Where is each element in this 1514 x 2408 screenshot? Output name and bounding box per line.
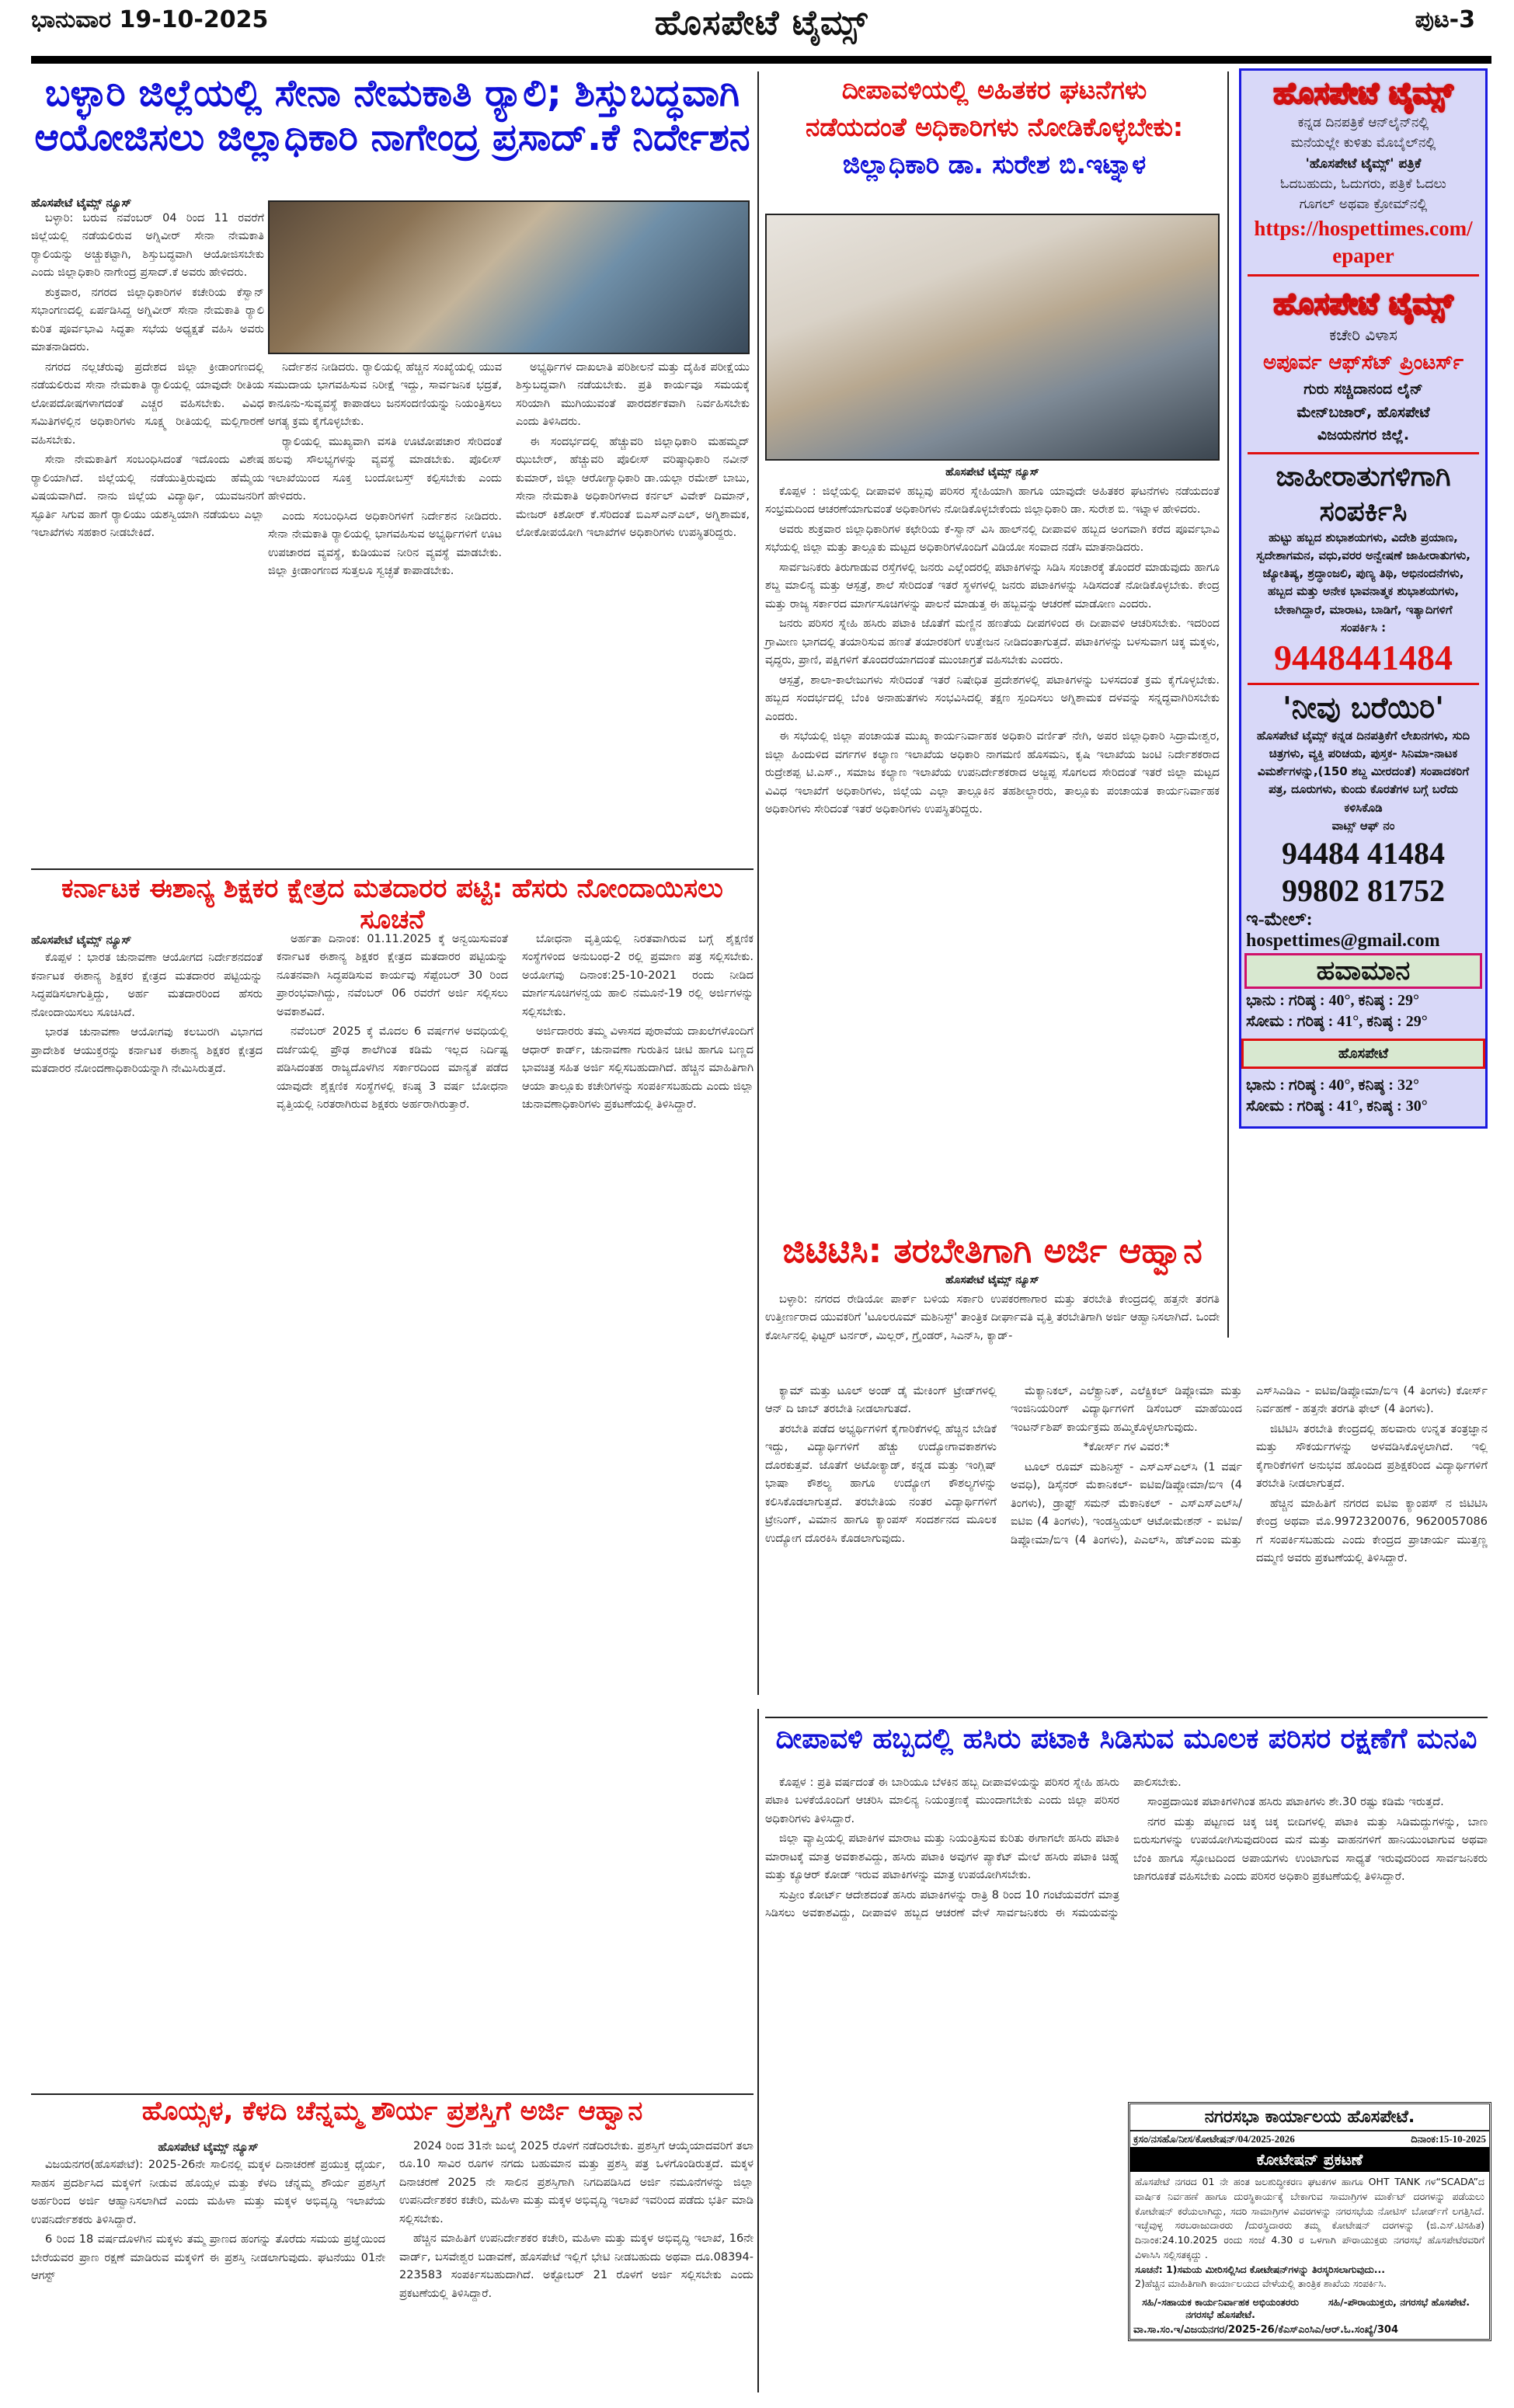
whatsapp-label: ವಾಟ್ಸ್ ಆಫ್ ನಂ — [1241, 817, 1485, 835]
sidebar-divider — [1248, 452, 1479, 454]
office-label: ಕಚೇರಿ ವಿಳಾಸ — [1241, 323, 1485, 347]
sidebar-divider — [1248, 274, 1479, 277]
printer-name: ಅಪೂರ್ವ ಆಫ್‌ಸೆಟ್ ಪ್ರಿಂಟರ್ಸ್ — [1241, 347, 1485, 378]
byline: ಹೊಸಪೇಟೆ ಟೈಮ್ಸ್ ನ್ಯೂಸ್ — [765, 1274, 1220, 1286]
photo-caption: ಹೊಸಪೇಟೆ ಟೈಮ್ಸ್ ನ್ಯೂಸ್ — [765, 466, 1220, 478]
column-divider — [757, 71, 759, 1695]
page-number: ಪುಟ-3 — [1415, 6, 1475, 33]
army-rally-columns: ನಿರ್ದೇಶನ ನೀಡಿದರು. ರ್‍ಯಾಲಿಯಲ್ಲಿ ಹೆಚ್ಚಿನ ಸ… — [268, 359, 750, 864]
chennamma-award-body: ಹೊಸಪೇಟೆ ಟೈಮ್ಸ್ ನ್ಯೂಸ್ ವಿಜಯನಗರ(ಹೊಸಪೇಟೆ): … — [31, 2138, 754, 2394]
jttc-body: ಕ್ಯಾಮ್ ಮತ್ತು ಟೂಲ್ ಅಂಡ್ ಡೈ ಮೇಕಿಂಗ್ ಟ್ರೇಡ್… — [765, 1383, 1488, 1709]
online-promo: ಕನ್ನಡ ದಿನಪತ್ರಿಕೆ ಆನ್‌ಲೈನ್‌ನಲ್ಲಿ ಮನೆಯಲ್ಲೇ… — [1241, 113, 1485, 215]
notice-signatures: ಸಹಿ/-ಸಹಾಯಕ ಕಾರ್ಯನಿರ್ವಾಹಕ ಅಭಿಯಂತರರು ನಗರಸಭ… — [1130, 2295, 1489, 2323]
green-crackers-body: ಕೊಪ್ಪಳ : ಪ್ರತಿ ವರ್ಷದಂತೆ ಈ ಬಾರಿಯೂ ಬೆಳಕಿನ … — [765, 1774, 1488, 2085]
notice-title: ನಗರಸಭಾ ಕಾರ್ಯಾಲಯ ಹೊಸಪೇಟೆ. — [1130, 2104, 1489, 2131]
weather-row: ಭಾನು : ಗರಿಷ್ಠ : 40°, ಕನಿಷ್ಠ : 32° — [1241, 1075, 1485, 1096]
jttc-lead: ಬಳ್ಳಾರಿ: ನಗರದ ರೇಡಿಯೋ ಪಾರ್ಕ್ ಬಳಿಯ ಸರ್ಕಾರಿ… — [765, 1291, 1220, 1347]
section-rule — [31, 2093, 754, 2095]
epaper-link[interactable]: https://hospettimes.com/ epaper — [1241, 215, 1485, 270]
issue-date: ಭಾನುವಾರ 19-10-2025 — [31, 6, 268, 33]
notice-footer: ವಾ.ಸಾ.ಸಂ.ಇ/ವಿಜಯನಗರ/2025-26/ಕೆಎಸ್‌ಎಂಸಿಎ/ಆ… — [1130, 2323, 1489, 2339]
army-rally-headline: ಬಳ್ಳಾರಿ ಜಿಲ್ಲೆಯಲ್ಲಿ ಸೇನಾ ನೇಮಕಾತಿ ರ್‍ಯಾಲಿ… — [31, 71, 754, 159]
teachers-constituency-body: ಹೊಸಪೇಟೆ ಟೈಮ್ಸ್ ನ್ಯೂಸ್ ಕೊಪ್ಪಳ : ಭಾರತ ಚುನಾ… — [31, 931, 754, 2088]
sidebar-brand: ಹೊಸಪೇಟೆ ಟೈಮ್ಸ್ — [1241, 71, 1485, 113]
sidebar-divider — [1248, 683, 1479, 685]
teachers-constituency-headline: ಕರ್ನಾಟಕ ಈಶಾನ್ಯ ಶಿಕ್ಷಕರ ಕ್ಷೇತ್ರದ ಮತದಾರರ ಪ… — [31, 873, 754, 935]
email-address[interactable]: hospettimes@gmail.com — [1246, 931, 1440, 951]
write-to-us-text: ಹೊಸಪೇಟೆ ಟೈಮ್ಸ್ ಕನ್ನಡ ದಿನಪತ್ರಿಕೆಗೆ ಲೇಖನಗಳ… — [1241, 727, 1485, 817]
email-label: ಇ-ಮೇಲ್: — [1246, 910, 1313, 930]
headline-line: ದೀಪಾವಳಿಯಲ್ಲಿ ಅಹಿತಕರ ಘಟನೆಗಳು — [765, 71, 1223, 109]
whatsapp-phone[interactable]: 94484 41484 — [1241, 835, 1485, 872]
byline: ಹೊಸಪೇಟೆ ಟೈಮ್ಸ್ ನ್ಯೂಸ್ — [31, 196, 264, 210]
chennamma-award-headline: ಹೊಯ್ಸಳ, ಕೆಳದಿ ಚೆನ್ನಮ್ಮ ಶೌರ್ಯ ಪ್ರಶಸ್ತಿಗೆ … — [31, 2096, 754, 2127]
byline: ಹೊಸಪೇಟೆ ಟೈಮ್ಸ್ ನ್ಯೂಸ್ — [31, 931, 263, 949]
deepavali-safety-headline: ದೀಪಾವಳಿಯಲ್ಲಿ ಅಹಿತಕರ ಘಟನೆಗಳು ನಡೆಯದಂತೆ ಅಧಿ… — [765, 71, 1223, 183]
column-divider — [1227, 71, 1229, 1338]
green-crackers-headline: ದೀಪಾವಳಿ ಹಬ್ಬದಲ್ಲಿ ಹಸಿರು ಪಟಾಕಿ ಸಿಡಿಸುವ ಮೂ… — [765, 1723, 1488, 1756]
office-address: ಗುರು ಸಚ್ಚಿದಾನಂದ ಲೈನ್ ಮೇನ್‌ಬಜಾರ್, ಹೊಸಪೇಟೆ… — [1241, 378, 1485, 447]
headline-line: ಜಿಲ್ಲಾಧಿಕಾರಿ ಡಾ. ಸುರೇಶ ಬಿ.ಇಟ್ನಾಳ — [765, 146, 1223, 183]
section-rule — [31, 868, 754, 870]
deepavali-meeting-photo — [765, 214, 1220, 461]
sidebar: ಹೊಸಪೇಟೆ ಟೈಮ್ಸ್ ಕನ್ನಡ ದಿನಪತ್ರಿಕೆ ಆನ್‌ಲೈನ್… — [1239, 68, 1488, 1129]
masthead-rule — [31, 56, 1491, 64]
column-divider — [757, 1709, 759, 2392]
byline: ಹೊಸಪೇಟೆ ಟೈಮ್ಸ್ ನ್ಯೂಸ್ — [31, 2138, 385, 2156]
deepavali-safety-body: ಕೊಪ್ಪಳ : ಜಿಲ್ಲೆಯಲ್ಲಿ ದೀಪಾವಳಿ ಹಬ್ಬವು ಪರಿಸ… — [765, 483, 1220, 821]
headline-line: ಆಯೋಜಿಸಲು ಜಿಲ್ಲಾಧಿಕಾರಿ ನಾಗೇಂದ್ರ ಪ್ರಸಾದ್.ಕ… — [31, 116, 754, 160]
municipal-quotation-notice: ನಗರಸಭಾ ಕಾರ್ಯಾಲಯ ಹೊಸಪೇಟೆ. ಕ್ರಸಂ/ನಸಹೊ/ನೀಸ/… — [1128, 2102, 1491, 2341]
whatsapp-phone[interactable]: 99802 81752 — [1241, 872, 1485, 910]
section-rule — [765, 1717, 1488, 1718]
notice-reference: ಕ್ರಸಂ/ನಸಹೊ/ನೀಸ/ಕೋಟೇಷನ್/04/2025-2026 ದಿನಾ… — [1130, 2131, 1489, 2147]
army-rally-meeting-photo — [268, 200, 750, 354]
headline-line: ಬಳ್ಳಾರಿ ಜಿಲ್ಲೆಯಲ್ಲಿ ಸೇನಾ ನೇಮಕಾತಿ ರ್‍ಯಾಲಿ… — [31, 71, 754, 116]
notice-body: ಹೊಸಪೇಟೆ ನಗರದ 01 ನೇ ಹಂತ ಜಲಶುದ್ಧೀಕರಣ ಘಟಕಗಳ… — [1130, 2172, 1489, 2295]
write-to-us-heading: 'ನೀವು ಬರೆಯಿರಿ' — [1241, 690, 1485, 727]
weather-row: ಭಾನು : ಗರಿಷ್ಠ : 40°, ಕನಿಷ್ಠ : 29° — [1241, 990, 1485, 1011]
contact-label: ಸಂಪರ್ಕಿಸಿ : — [1241, 619, 1485, 637]
headline-line: ನಡೆಯದಂತೆ ಅಧಿಕಾರಿಗಳು ನೋಡಿಕೊಳ್ಳಬೇಕು: — [765, 109, 1223, 146]
ads-phone[interactable]: 9448441484 — [1241, 637, 1485, 678]
notice-banner: ಕೋಟೇಷನ್ ಪ್ರಕಟಣೆ — [1130, 2147, 1489, 2172]
sidebar-brand: ಹೊಸಪೇಟೆ ಟೈಮ್ಸ್ — [1241, 281, 1485, 323]
newspaper-title: ಹೊಸಪೇಟೆ ಟೈಮ್ಸ್ — [559, 3, 963, 43]
jttc-headline: ಜಿಟಿಟಿಸಿ: ತರಬೇತಿಗಾಗಿ ಅರ್ಜಿ ಆಹ್ವಾನ — [765, 1231, 1220, 1272]
ads-categories: ಹುಟ್ಟು ಹಬ್ಬದ ಶುಭಾಶಯಗಳು, ವಿದೇಶಿ ಪ್ರಯಾಣ, ಸ… — [1241, 529, 1485, 619]
article-body: ಬಳ್ಳಾರಿ: ಬರುವ ನವೆಂಬರ್ 04 ರಿಂದ 11 ರವರೆಗೆ … — [31, 210, 264, 543]
weather-city: ಹೊಸಪೇಟೆ — [1241, 1039, 1485, 1069]
weather-heading: ಹವಾಮಾನ — [1244, 953, 1482, 989]
weather-row: ಸೋಮ : ಗರಿಷ್ಠ : 41°, ಕನಿಷ್ಠ : 29° — [1241, 1011, 1485, 1032]
army-rally-intro: ಹೊಸಪೇಟೆ ಟೈಮ್ಸ್ ನ್ಯೂಸ್ ಬಳ್ಳಾರಿ: ಬರುವ ನವೆಂ… — [31, 196, 264, 545]
email-line: ಇ-ಮೇಲ್: hospettimes@gmail.com — [1241, 910, 1485, 952]
weather-row: ಸೋಮ : ಗರಿಷ್ಠ : 41°, ಕನಿಷ್ಠ : 30° — [1241, 1096, 1485, 1126]
ads-heading: ಜಾಹೀರಾತುಗಳಿಗಾಗಿ ಸಂಪರ್ಕಿಸಿ — [1241, 459, 1485, 529]
